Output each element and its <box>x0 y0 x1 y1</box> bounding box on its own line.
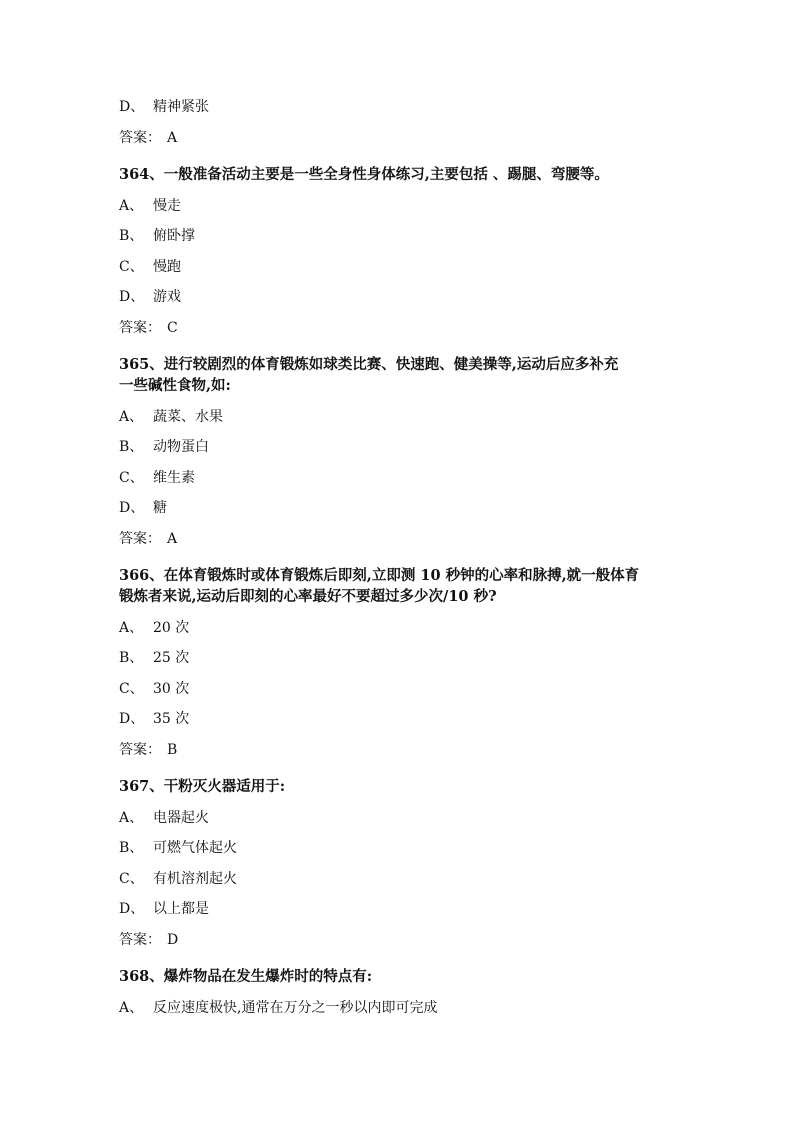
option-text: 20 次 <box>153 620 189 636</box>
option-label: C、 <box>119 257 153 277</box>
option-b: B、动物蛋白 <box>119 437 209 457</box>
option-label: B、 <box>119 838 153 858</box>
question-title: 364、一般准备活动主要是一些全身性身体练习,主要包括 、踢腿、弯腰等。 <box>119 165 609 185</box>
option-c: C、维生素 <box>119 468 195 488</box>
option-text: 30 次 <box>153 681 189 697</box>
answer-value: B <box>167 742 177 758</box>
option-label: B、 <box>119 437 153 457</box>
answer-value: C <box>167 320 178 336</box>
option-d: D、糖 <box>119 498 167 518</box>
option-label: A、 <box>119 808 153 828</box>
option-a: A、蔬菜、水果 <box>119 407 223 427</box>
question-title-line2: 一些碱性食物,如: <box>119 376 231 396</box>
option-text: 维生素 <box>153 470 195 486</box>
option-text: 蔬菜、水果 <box>153 409 223 425</box>
option-label: D、 <box>119 287 153 307</box>
option-a: A、慢走 <box>119 196 181 216</box>
answer: 答案：A <box>119 128 177 148</box>
option-a: A、反应速度极快,通常在万分之一秒以内即可完成 <box>119 998 437 1018</box>
option-label: D、 <box>119 97 153 117</box>
option-d: D、精神紧张 <box>119 97 209 117</box>
option-label: A、 <box>119 998 153 1018</box>
option-text: 动物蛋白 <box>153 439 209 455</box>
option-text: 以上都是 <box>153 901 209 917</box>
question-title-line1: 365、进行较剧烈的体育锻炼如球类比赛、快速跑、健美操等,运动后应多补充 <box>119 355 618 375</box>
option-text: 慢走 <box>153 198 181 214</box>
answer-value: A <box>167 531 177 547</box>
option-label: A、 <box>119 196 153 216</box>
option-label: C、 <box>119 679 153 699</box>
option-c: C、有机溶剂起火 <box>119 869 237 889</box>
option-label: A、 <box>119 407 153 427</box>
question-title-line1: 366、在体育锻炼时或体育锻炼后即刻,立即测 10 秒钟的心率和脉搏,就一般体育 <box>119 566 639 586</box>
option-a: A、20 次 <box>119 618 189 638</box>
answer: 答案：C <box>119 318 178 338</box>
option-c: C、30 次 <box>119 679 189 699</box>
option-b: B、25 次 <box>119 648 189 668</box>
answer-value: D <box>167 932 178 948</box>
option-text: 35 次 <box>153 711 189 727</box>
question-title: 367、干粉灭火器适用于: <box>119 777 285 797</box>
option-text: 糖 <box>153 500 167 516</box>
option-text: 慢跑 <box>153 259 181 275</box>
option-text: 电器起火 <box>153 810 209 826</box>
option-text: 25 次 <box>153 650 189 666</box>
answer-label: 答案： <box>119 128 167 148</box>
option-text: 有机溶剂起火 <box>153 871 237 887</box>
option-label: C、 <box>119 468 153 488</box>
option-label: B、 <box>119 226 153 246</box>
question-title: 368、爆炸物品在发生爆炸时的特点有: <box>119 967 372 987</box>
option-label: D、 <box>119 498 153 518</box>
option-d: D、游戏 <box>119 287 181 307</box>
option-b: B、俯卧撑 <box>119 226 195 246</box>
option-text: 游戏 <box>153 289 181 305</box>
option-text: 俯卧撑 <box>153 228 195 244</box>
question-title-line2: 锻炼者来说,运动后即刻的心率最好不要超过多少次/10 秒? <box>119 587 497 607</box>
answer-value: A <box>167 130 177 146</box>
answer-label: 答案： <box>119 930 167 950</box>
option-label: D、 <box>119 709 153 729</box>
option-label: A、 <box>119 618 153 638</box>
option-a: A、电器起火 <box>119 808 209 828</box>
option-label: C、 <box>119 869 153 889</box>
answer-label: 答案： <box>119 529 167 549</box>
option-label: D、 <box>119 899 153 919</box>
answer: 答案：D <box>119 930 178 950</box>
option-text: 可燃气体起火 <box>153 840 237 856</box>
answer: 答案：B <box>119 740 177 760</box>
option-b: B、可燃气体起火 <box>119 838 237 858</box>
option-label: B、 <box>119 648 153 668</box>
option-d: D、以上都是 <box>119 899 209 919</box>
answer: 答案：A <box>119 529 177 549</box>
answer-label: 答案： <box>119 740 167 760</box>
option-c: C、慢跑 <box>119 257 181 277</box>
option-text: 精神紧张 <box>153 99 209 115</box>
option-text: 反应速度极快,通常在万分之一秒以内即可完成 <box>153 1000 437 1016</box>
option-d: D、35 次 <box>119 709 189 729</box>
answer-label: 答案： <box>119 318 167 338</box>
